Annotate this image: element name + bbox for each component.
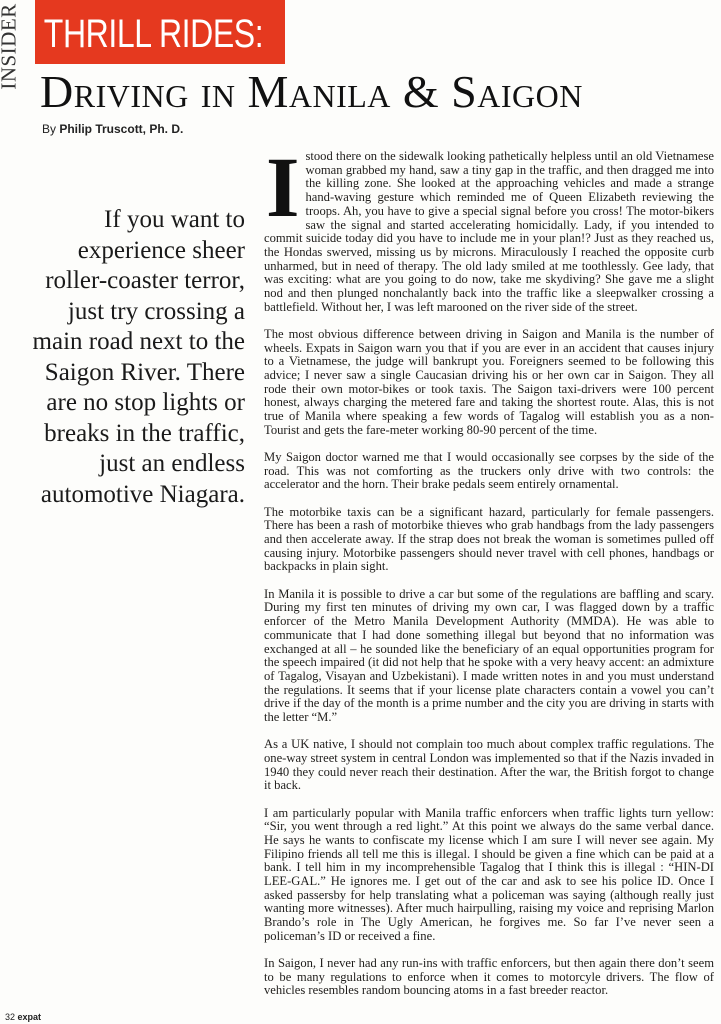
article-paragraph-6: As a UK native, I should not complain to… (264, 738, 714, 793)
article-paragraph-5: In Manila it is possible to drive a car … (264, 588, 714, 725)
byline-prefix: By (42, 122, 59, 136)
article-paragraph-7: I am particularly popular with Manila tr… (264, 807, 714, 944)
kicker-banner: THRILL RIDES: (35, 0, 285, 64)
headline: Driving in Manila & Saigon (40, 64, 721, 120)
article-paragraph-2: The most obvious difference between driv… (264, 328, 714, 438)
page-number: 32 (5, 1012, 15, 1022)
byline: By Philip Truscott, Ph. D. (42, 122, 183, 136)
section-tag: INSIDER (0, 0, 20, 92)
publication-name: expat (18, 1012, 42, 1022)
section-tag-label: INSIDER (0, 3, 22, 89)
article-paragraph-4: The motorbike taxis can be a significant… (264, 506, 714, 575)
page-folio: 32 expat (5, 1012, 41, 1022)
kicker-label: THRILL RIDES: (35, 14, 263, 64)
article-body: Istood there on the sidewalk looking pat… (264, 150, 714, 1012)
byline-author: Philip Truscott, Ph. D. (59, 122, 183, 136)
pull-quote: If you want to experience sheer roller-c… (30, 205, 245, 510)
article-paragraph-1: Istood there on the sidewalk looking pat… (264, 150, 714, 314)
article-paragraph-8: In Saigon, I never had any run-ins with … (264, 957, 714, 998)
article-paragraph-3: My Saigon doctor warned me that I would … (264, 451, 714, 492)
drop-cap: I (266, 154, 299, 220)
